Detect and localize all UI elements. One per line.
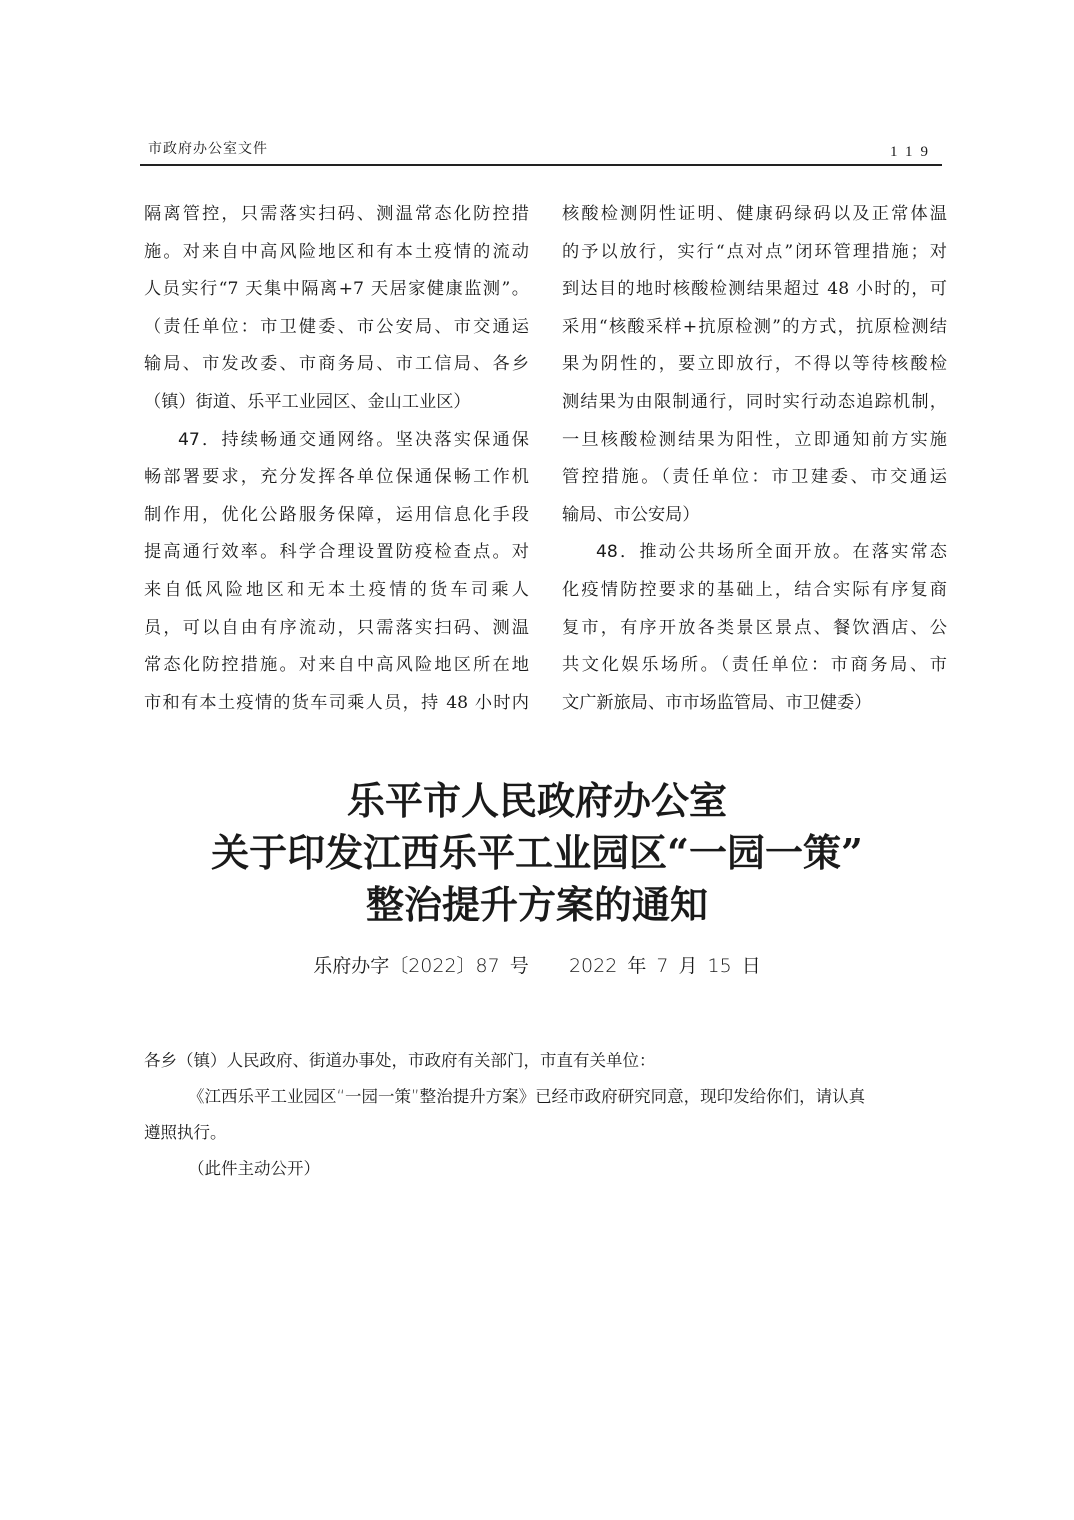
running-header: 市政府办公室文件 119 (140, 134, 942, 166)
page-number: 119 (890, 144, 936, 161)
left-column: 隔离管控，只需落实扫码、测温常态化防控措 施。对来自中高风险地区和有本土疫情的流… (144, 196, 529, 722)
text-line: 果为阴性的，要立即放行，不得以等待核酸检 (562, 346, 947, 384)
text-line: 制作用，优化公路服务保障，运用信息化手段 (144, 497, 529, 535)
text-line: 人员实行“7 天集中隔离+7 天居家健康监测”。 (144, 271, 529, 309)
item-47-heading: 47．持续畅通交通网络。 (178, 430, 396, 450)
text-line: 提高通行效率。科学合理设置防疫检查点。对 (144, 534, 529, 572)
text-line: 共文化娱乐场所。（责任单位：市商务局、市 (562, 647, 947, 685)
text-line: （镇）街道、乐平工业园区、金山工业区） (144, 384, 529, 422)
text-line: 到达目的地时核酸检测结果超过 48 小时的，可 (562, 271, 947, 309)
document-number: 乐府办字〔2022〕87 号 (313, 955, 529, 977)
text-line: 常态化防控措施。对来自中高风险地区所在地 (144, 647, 529, 685)
text-line: 文广新旅局、市市场监管局、市卫健委） (562, 685, 947, 723)
text-line: 复市，有序开放各类景区景点、餐饮酒店、公 (562, 610, 947, 648)
item-47-first-line-text: 坚决落实保通保 (396, 430, 529, 450)
body-paragraph-line: 《江西乐平工业园区“一园一策”整治提升方案》已经市政府研究同意，现印发给你们，请… (144, 1079, 956, 1115)
notice-body: 各乡（镇）人民政府、街道办事处，市政府有关部门，市直有关单位： 《江西乐平工业园… (144, 1043, 956, 1187)
text-line: 测结果为由限制通行，同时实行动态追踪机制， (562, 384, 947, 422)
item-48-first-line-text: 在落实常态 (852, 542, 947, 562)
body-paragraph-line: 遵照执行。 (144, 1115, 956, 1151)
text-line: 一旦核酸检测结果为阳性，立即通知前方实施 (562, 422, 947, 460)
text-line: 管控措施。（责任单位：市卫建委、市交通运 (562, 459, 947, 497)
right-column: 核酸检测阴性证明、健康码绿码以及正常体温 的予以放行，实行“点对点”闭环管理措施… (562, 196, 947, 722)
item-47-first-line: 47．持续畅通交通网络。坚决落实保通保 (144, 422, 529, 460)
text-line: 化疫情防控要求的基础上，结合实际有序复商 (562, 572, 947, 610)
text-line: 来自低风险地区和无本土疫情的货车司乘人 (144, 572, 529, 610)
text-line: 输局、市发改委、市商务局、市工信局、各乡 (144, 346, 529, 384)
document-reference: 乐府办字〔2022〕87 号 2022 年 7 月 15 日 (0, 951, 1074, 978)
text-line: 采用“核酸采样+抗原检测”的方式，抗原检测结 (562, 309, 947, 347)
running-title: 市政府办公室文件 (148, 138, 268, 158)
document-date: 2022 年 7 月 15 日 (569, 955, 761, 977)
text-line: （责任单位：市卫健委、市公安局、市交通运 (144, 309, 529, 347)
text-line: 施。对来自中高风险地区和有本土疫情的流动 (144, 234, 529, 272)
text-line: 隔离管控，只需落实扫码、测温常态化防控措 (144, 196, 529, 234)
disclosure-note: （此件主动公开） (144, 1151, 956, 1187)
item-48-heading: 48．推动公共场所全面开放。 (596, 542, 852, 562)
text-line: 市和有本土疫情的货车司乘人员，持 48 小时内 (144, 685, 529, 723)
title-line: 关于印发江西乐平工业园区“一园一策” (0, 827, 1074, 879)
title-line: 乐平市人民政府办公室 (0, 775, 1074, 827)
text-line: 畅部署要求，充分发挥各单位保通保畅工作机 (144, 459, 529, 497)
text-line: 核酸检测阴性证明、健康码绿码以及正常体温 (562, 196, 947, 234)
text-line: 的予以放行，实行“点对点”闭环管理措施；对 (562, 234, 947, 272)
text-line: 员，可以自由有序流动，只需落实扫码、测温 (144, 610, 529, 648)
title-line: 整治提升方案的通知 (0, 879, 1074, 931)
item-48-first-line: 48．推动公共场所全面开放。在落实常态 (562, 534, 947, 572)
text-line: 输局、市公安局） (562, 497, 947, 535)
addressee: 各乡（镇）人民政府、街道办事处，市政府有关部门，市直有关单位： (144, 1043, 956, 1079)
notice-title: 乐平市人民政府办公室 关于印发江西乐平工业园区“一园一策” 整治提升方案的通知 (0, 775, 1074, 931)
